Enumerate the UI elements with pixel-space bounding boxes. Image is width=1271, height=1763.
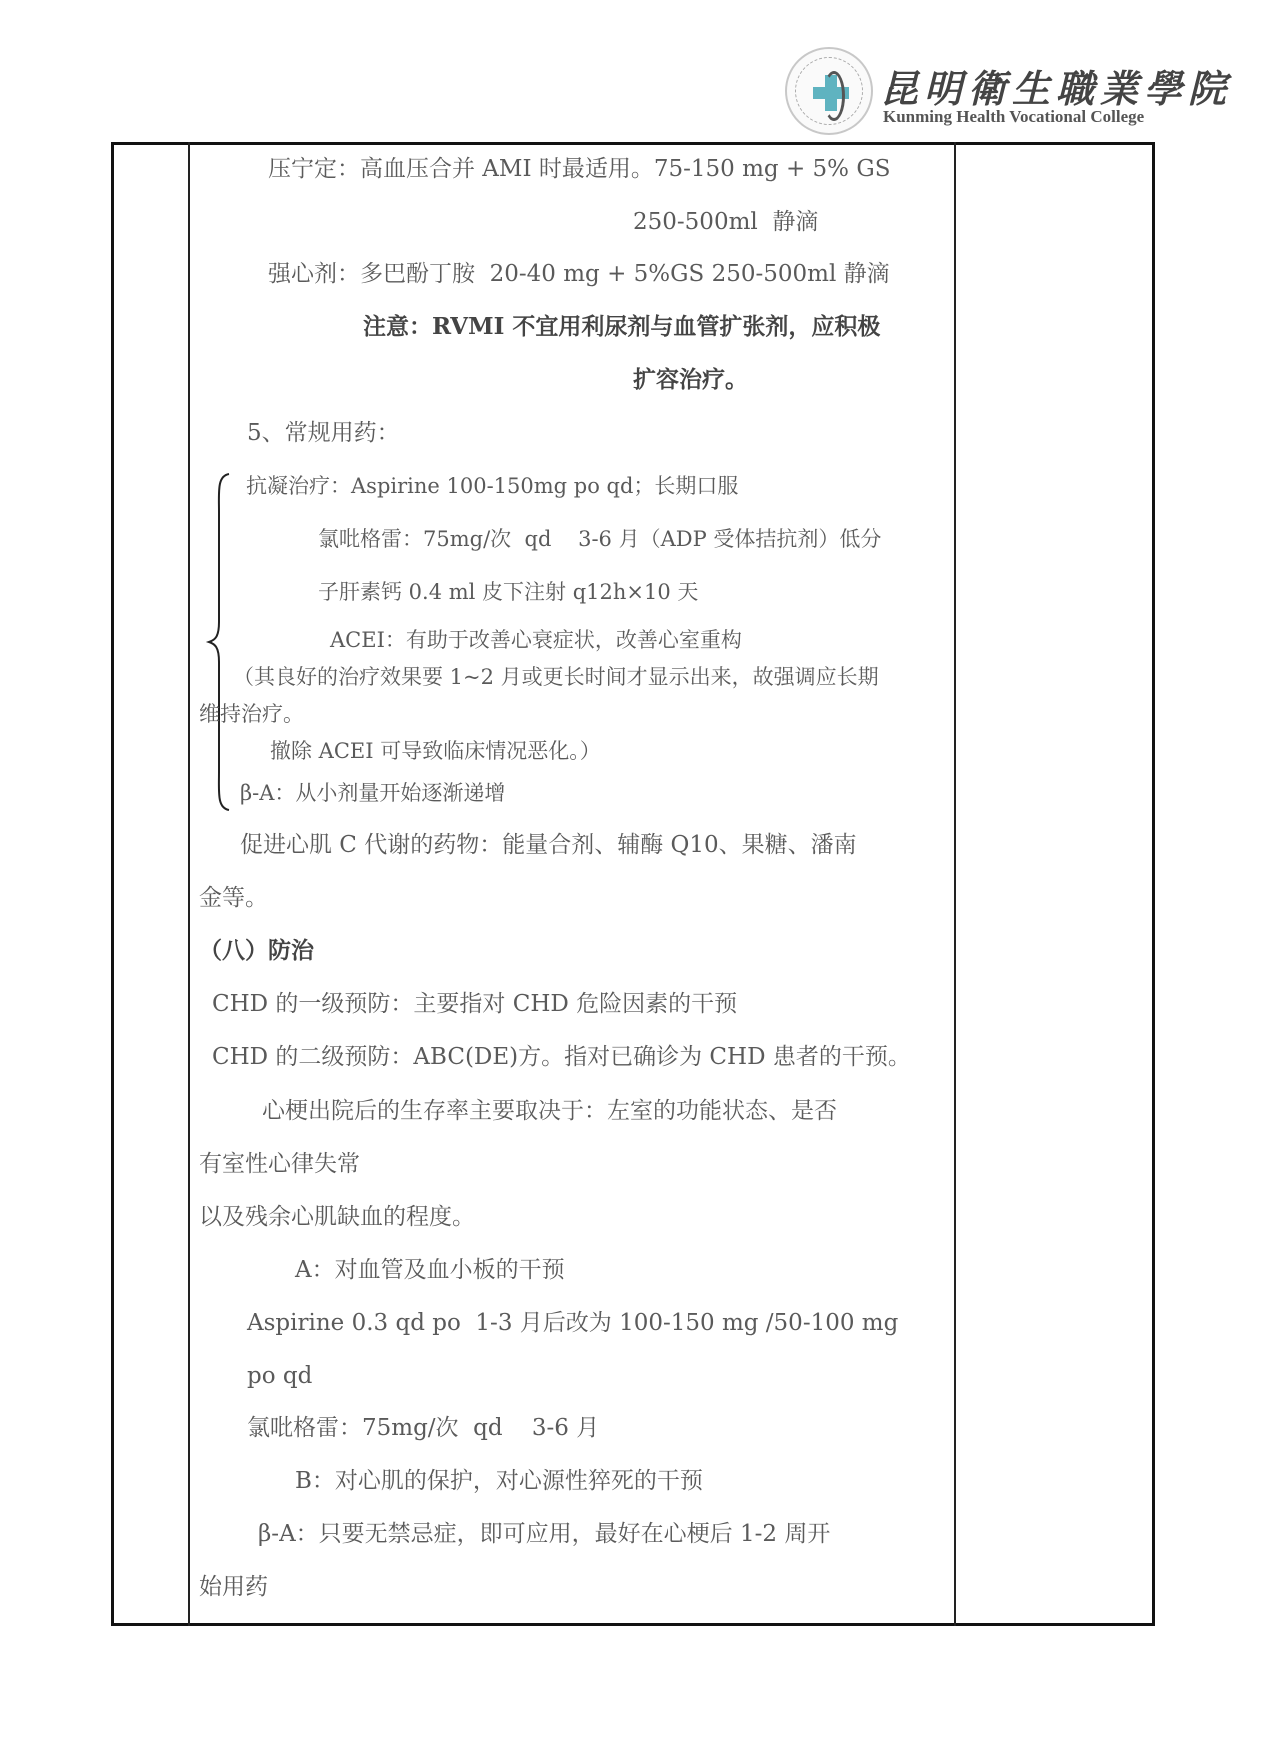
text-line: 250-500ml 静滴 bbox=[633, 207, 818, 237]
text-line: 强心剂：多巴酚丁胺 20-40 mg + 5%GS 250-500ml 静滴 bbox=[268, 259, 890, 289]
text-line: ACEI：有助于改善心衰症状，改善心室重构 bbox=[330, 625, 742, 655]
college-seal-icon bbox=[785, 47, 873, 135]
subheading: A：对血管及血小板的干预 bbox=[295, 1255, 565, 1285]
table-column-divider-right bbox=[954, 142, 956, 1626]
text-line: CHD 的一级预防：主要指对 CHD 危险因素的干预 bbox=[212, 989, 737, 1019]
curly-brace-icon bbox=[205, 472, 235, 812]
note-line: 扩容治疗。 bbox=[633, 365, 748, 395]
text-line: 撤除 ACEI 可导致临床情况恶化。） bbox=[270, 736, 601, 766]
text-line: β-A：只要无禁忌症，即可应用，最好在心梗后 1-2 周开 bbox=[258, 1519, 830, 1549]
text-line: （其良好的治疗效果要 1~2 月或更长时间才显示出来，故强调应长期 bbox=[233, 662, 879, 692]
text-line: 金等。 bbox=[199, 883, 268, 913]
text-line: 有室性心律失常 bbox=[199, 1149, 360, 1179]
text-line: Aspirine 0.3 qd po 1-3 月后改为 100-150 mg /… bbox=[247, 1308, 898, 1338]
text-line: 氯吡格雷：75mg/次 qd 3-6 月（ADP 受体拮抗剂）低分 bbox=[318, 524, 881, 554]
section-heading: （八）防治 bbox=[199, 936, 314, 966]
note-line: 注意：RVMI 不宜用利尿剂与血管扩张剂，应积极 bbox=[363, 312, 880, 342]
text-line: po qd bbox=[247, 1361, 312, 1391]
text-line: 氯吡格雷：75mg/次 qd 3-6 月 bbox=[247, 1413, 599, 1443]
section-heading: 5、常规用药： bbox=[247, 418, 400, 448]
table-column-divider-left bbox=[188, 142, 190, 1626]
text-line: β-A：从小剂量开始逐渐递增 bbox=[240, 778, 505, 808]
text-line: CHD 的二级预防：ABC(DE)方。指对已确诊为 CHD 患者的干预。 bbox=[212, 1042, 911, 1072]
college-name-en: Kunming Health Vocational College bbox=[883, 107, 1144, 127]
text-line: 子肝素钙 0.4 ml 皮下注射 q12h×10 天 bbox=[318, 577, 698, 607]
snake-icon bbox=[823, 71, 845, 121]
text-line: 心梗出院后的生存率主要取决于：左室的功能状态、是否 bbox=[262, 1096, 837, 1126]
text-line: 抗凝治疗：Aspirine 100-150mg po qd；长期口服 bbox=[246, 471, 738, 501]
text-line: 维持治疗。 bbox=[199, 699, 304, 729]
text-line: 以及残余心肌缺血的程度。 bbox=[199, 1202, 475, 1232]
college-name-cn: 昆明衛生職業學院 bbox=[880, 58, 1232, 113]
subheading: B：对心肌的保护，对心源性猝死的干预 bbox=[295, 1466, 703, 1496]
text-line: 压宁定：高血压合并 AMI 时最适用。75-150 mg + 5% GS bbox=[268, 154, 890, 184]
text-line: 始用药 bbox=[199, 1572, 268, 1602]
text-line: 促进心肌 C 代谢的药物：能量合剂、辅酶 Q10、果糖、潘南 bbox=[240, 830, 857, 860]
